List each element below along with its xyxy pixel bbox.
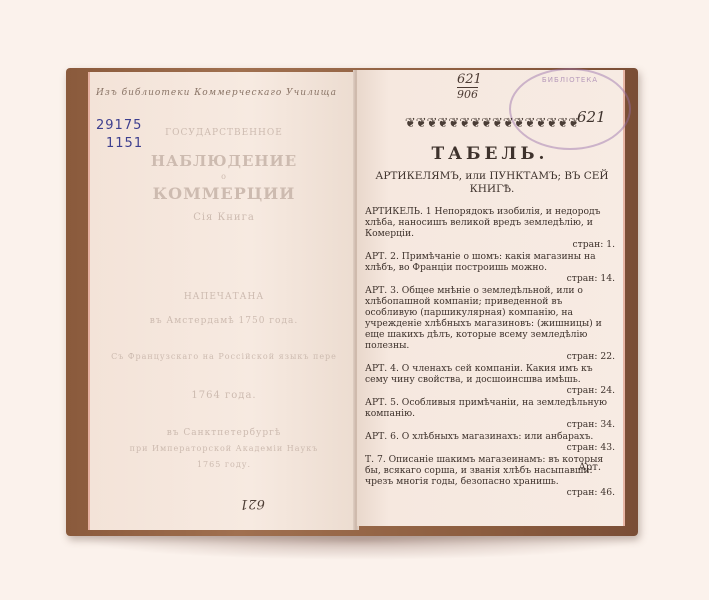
toc-entry: АРТ. 6. О хлѣбныхъ магазинахъ: или анбар…: [365, 431, 617, 453]
page-title: ТАБЕЛЬ.: [357, 144, 623, 164]
bleed-line: НАПЕЧАТАНА: [90, 292, 358, 302]
toc-entry: АРТ. 4. О членахъ сей компаніи. Какия им…: [365, 363, 617, 396]
toc-entry-text: АРТ. 5. Особливыя примѣчаніи, на земледѣ…: [365, 397, 617, 419]
left-page: Изъ библиотеки Коммерческаго Училища 291…: [88, 72, 358, 530]
ornament-row-icon: ❦❦❦❦❦❦❦❦❦❦❦❦❦❦❦❦: [367, 116, 617, 131]
toc-entry-text: АРТ. 4. О членахъ сей компаніи. Какия им…: [365, 363, 617, 385]
bleed-line: о: [90, 172, 358, 181]
toc-entry: АРТ. 3. Общее мнѣніе о земледѣльной, или…: [365, 285, 617, 362]
bleed-line: КОММЕРЦИИ: [90, 184, 358, 203]
bleed-line: при Императорской Академіи Наукъ: [90, 444, 358, 453]
shelf-subnumber: 906: [457, 88, 478, 101]
bleed-line: Сія Книга: [90, 212, 358, 223]
bleed-line: въ Санктпетербургѣ: [90, 428, 358, 438]
right-page: 621 906 БИБЛІОТЕКА 621 ❦❦❦❦❦❦❦❦❦❦❦❦❦❦❦❦ …: [357, 70, 625, 526]
toc-entry-page: стран: 14.: [365, 273, 617, 284]
table-of-contents: АРТИКЕЛЬ. 1 Непорядокъ изобилія, и недор…: [365, 206, 617, 499]
bleed-line: 1765 году.: [90, 460, 358, 469]
library-inscription: Изъ библиотеки Коммерческаго Училища: [96, 88, 337, 98]
toc-entry-text: АРТ. 3. Общее мнѣніе о земледѣльной, или…: [365, 285, 617, 351]
bleed-line: 1764 года.: [90, 390, 358, 401]
toc-entry-page: стран: 22.: [365, 351, 617, 362]
toc-entry-page: стран: 24.: [365, 385, 617, 396]
toc-entry: АРТ. 2. Примѣчаніе о шомъ: какія магазин…: [365, 251, 617, 284]
toc-entry: АРТ. 5. Особливыя примѣчаніи, на земледѣ…: [365, 397, 617, 430]
shelfmark-line-2: 1151: [106, 136, 143, 151]
toc-entry-page: стран: 43.: [365, 442, 617, 453]
toc-entry: АРТИКЕЛЬ. 1 Непорядокъ изобилія, и недор…: [365, 206, 617, 250]
library-stamp: БИБЛІОТЕКА 621: [509, 68, 631, 150]
toc-entry-text: АРТ. 6. О хлѣбныхъ магазинахъ: или анбар…: [365, 431, 617, 442]
toc-entry-page: стран: 1.: [365, 239, 617, 250]
bleed-line: въ Амстердамѣ 1750 года.: [90, 316, 358, 326]
toc-entry-page: стран: 46.: [365, 487, 617, 498]
toc-entry-page: стран: 34.: [365, 419, 617, 430]
page-subtitle: АРТИКЕЛЯМЪ, или ПУНКТАМЪ; ВЪ СЕЙ КНИГѢ.: [371, 170, 613, 196]
bleed-line: НАБЛЮДЕНИЕ: [90, 152, 358, 170]
handwritten-number: 621: [240, 496, 265, 511]
shelf-number: 621: [457, 72, 482, 87]
toc-entry: Т. 7. Описаніе шакимъ магазеинамъ: въ ко…: [365, 454, 617, 498]
stamp-text: БИБЛІОТЕКА: [511, 76, 629, 84]
bleed-line: ГОСУДАРСТВЕННОЕ: [90, 128, 358, 138]
toc-entry-text: АРТИКЕЛЬ. 1 Непорядокъ изобилія, и недор…: [365, 206, 617, 239]
bleed-line: Съ Французскаго на Россійской языкъ пере: [90, 352, 358, 361]
toc-entry-text: АРТ. 2. Примѣчаніе о шомъ: какія магазин…: [365, 251, 617, 273]
catchword: Арт.: [578, 462, 601, 473]
